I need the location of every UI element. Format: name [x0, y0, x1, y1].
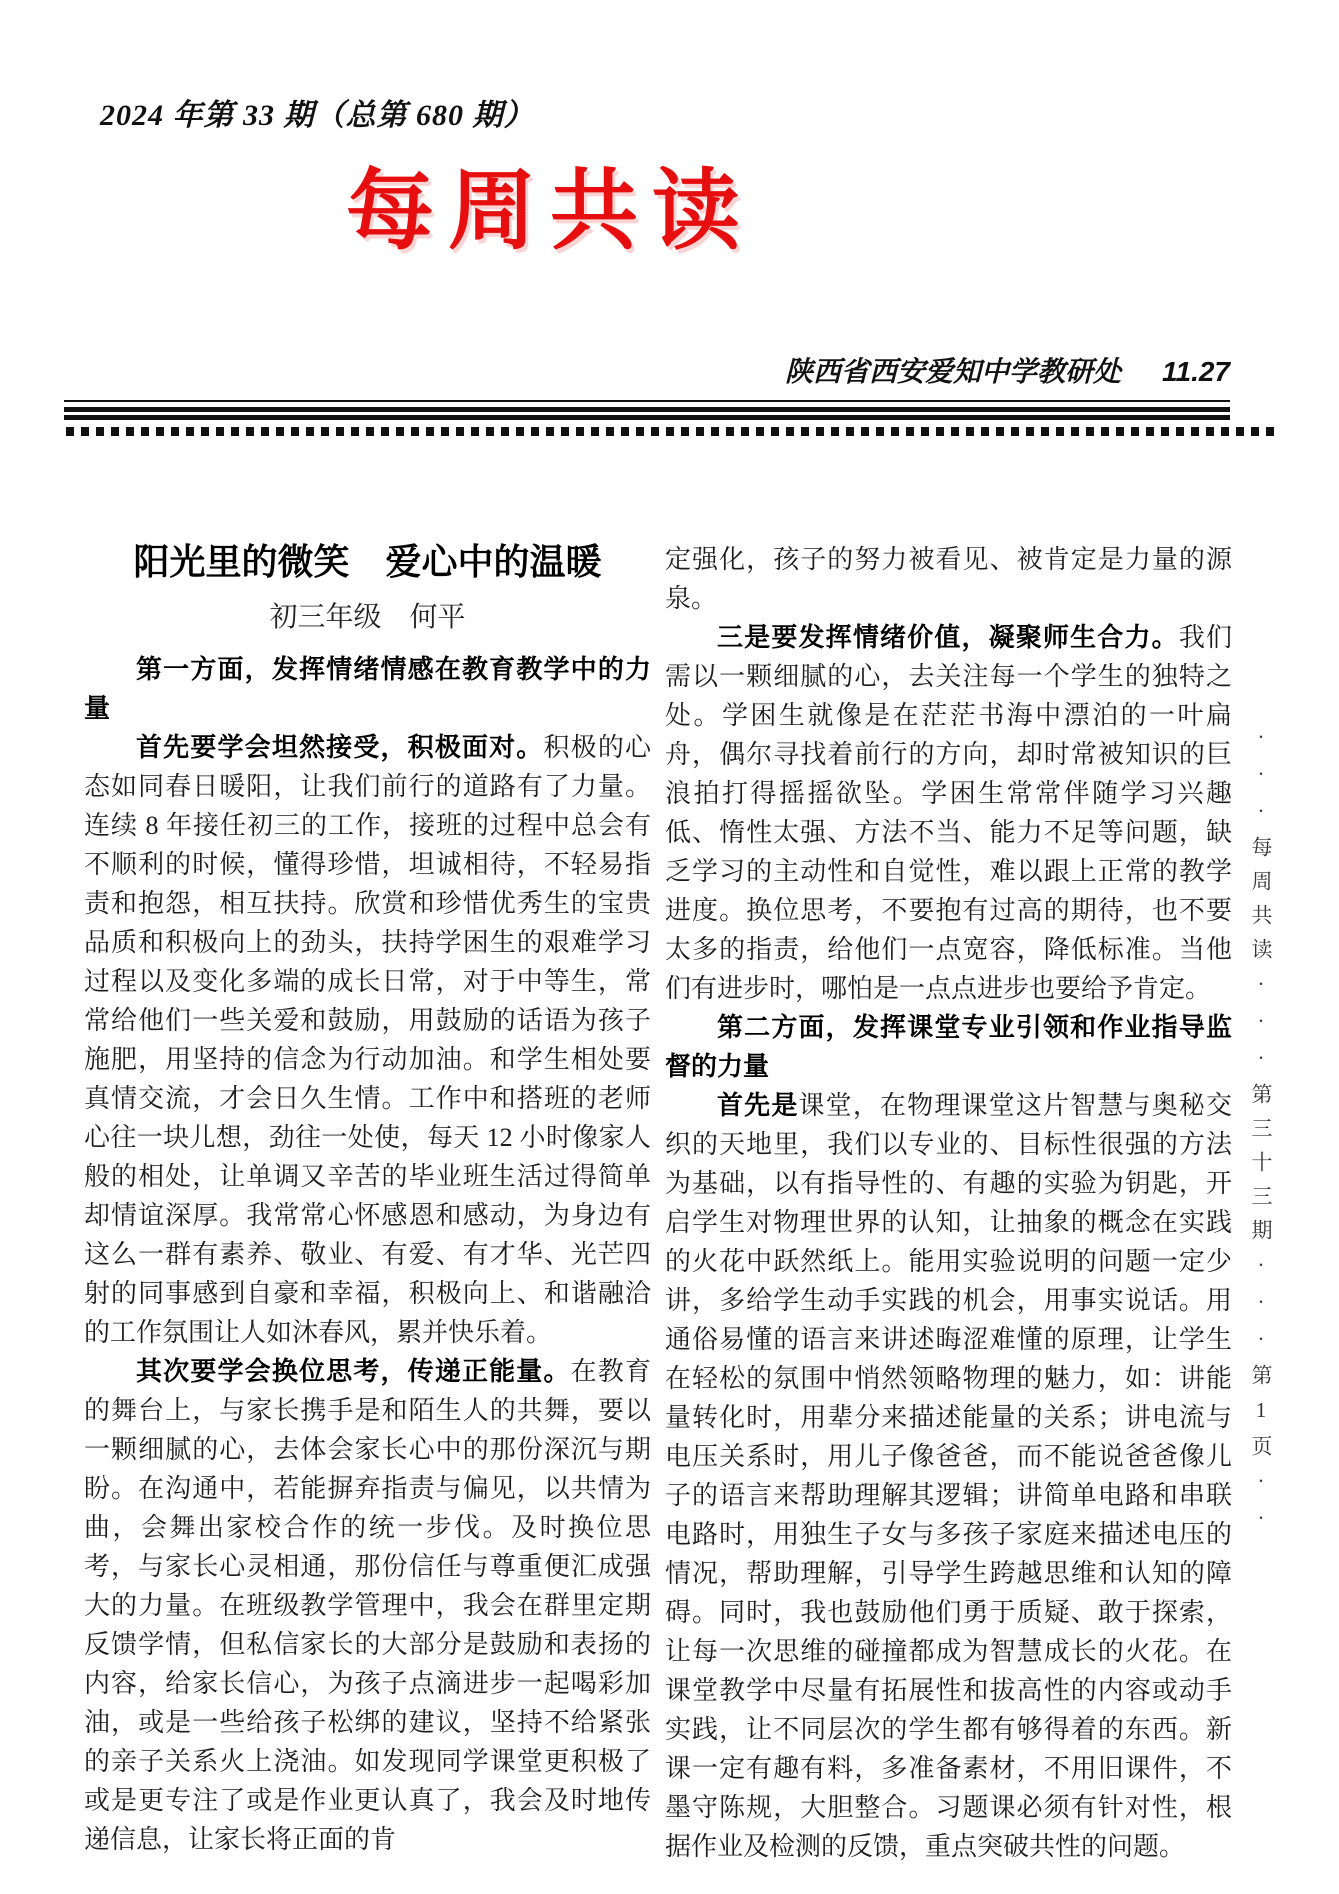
dotted-rule-divider — [66, 427, 1274, 436]
paragraph-text: 我们需以一颗细腻的心，去关注每一个学生的独特之处。学困生就像是在茫茫书海中漂泊的… — [665, 623, 1232, 1003]
paragraph: 首先是课堂，在物理课堂这片智慧与奥秘交织的天地里，我们以专业的、目标性很强的方法… — [665, 1086, 1232, 1866]
paragraph: 首先要学会坦然接受，积极面对。积极的心态如同春日暖阳，让我们前行的道路有了力量。… — [84, 728, 651, 1352]
paragraph: 三是要发挥情绪价值，凝聚师生合力。我们需以一颗细腻的心，去关注每一个学生的独特之… — [665, 618, 1232, 1008]
publisher-name: 陕西省西安爱知中学教研处 — [785, 357, 1121, 388]
paragraph-text: 课堂，在物理课堂这片智慧与奥秘交织的天地里，我们以专业的、目标性很强的方法为基础… — [665, 1091, 1232, 1861]
paragraph-lead: 其次要学会换位思考，传递正能量。 — [136, 1356, 571, 1386]
paragraph-text: 积极的心态如同春日暖阳，让我们前行的道路有了力量。连续 8 年接任初三的工作，接… — [84, 733, 651, 1347]
issue-line: 2024 年第 33 期（总第 680 期） — [100, 90, 535, 134]
article-byline: 初三年级 何平 — [84, 598, 651, 638]
right-column: 定强化，孩子的努力被看见、被肯定是力量的源泉。 三是要发挥情绪价值，凝聚师生合力… — [665, 540, 1232, 1866]
article-title: 阳光里的微笑 爱心中的温暖 — [84, 540, 651, 584]
page-margin-label: ···每周共读···第三十三期···第1页·· — [1246, 725, 1276, 1685]
article-body: 阳光里的微笑 爱心中的温暖 初三年级 何平 第一方面，发挥情绪情感在教育教学中的… — [84, 540, 1232, 1866]
section-heading-1: 第一方面，发挥情绪情感在教育教学中的力量 — [84, 650, 651, 728]
publish-date: 11.27 — [1162, 356, 1230, 387]
left-column: 阳光里的微笑 爱心中的温暖 初三年级 何平 第一方面，发挥情绪情感在教育教学中的… — [84, 540, 651, 1866]
masthead-title: 每周共读 — [0, 158, 1100, 268]
paragraph-lead: 首先是 — [717, 1090, 799, 1120]
paragraph-text: 在教育的舞台上，与家长携手是和陌生人的共舞，要以一颗细腻的心，去体会家长心中的那… — [84, 1357, 651, 1854]
publisher-line: 陕西省西安爱知中学教研处 11.27 — [785, 350, 1230, 390]
paragraph-lead: 三是要发挥情绪价值，凝聚师生合力。 — [717, 622, 1179, 652]
newsletter-page: 2024 年第 33 期（总第 680 期） 每周共读 陕西省西安爱知中学教研处… — [0, 0, 1339, 1894]
paragraph-lead: 首先要学会坦然接受，积极面对。 — [136, 732, 543, 762]
double-rule-divider — [64, 400, 1230, 420]
section-heading-2: 第二方面，发挥课堂专业引领和作业指导监督的力量 — [665, 1008, 1232, 1086]
paragraph-continuation: 定强化，孩子的努力被看见、被肯定是力量的源泉。 — [665, 540, 1232, 618]
paragraph: 其次要学会换位思考，传递正能量。在教育的舞台上，与家长携手是和陌生人的共舞，要以… — [84, 1352, 651, 1859]
